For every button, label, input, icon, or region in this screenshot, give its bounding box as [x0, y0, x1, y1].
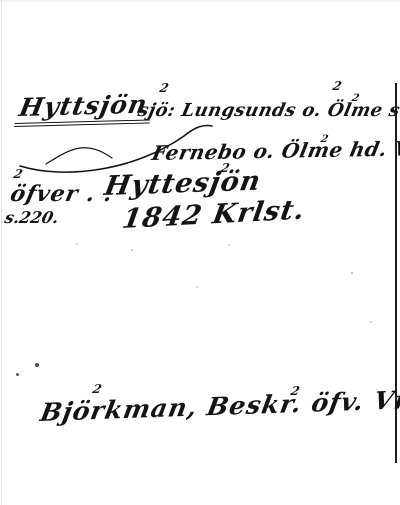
- accent-mark: 2: [91, 382, 103, 396]
- scan-speckle: [16, 373, 19, 376]
- scan-speckle: [196, 286, 198, 288]
- archive-card-scan: Hyttsjön sjö: Lungsunds o. Ölme s:nar: F…: [0, 0, 400, 505]
- scan-speckle: [228, 244, 230, 246]
- year-and-source: 1842 Krlst.: [120, 195, 307, 235]
- page-reference: s.220.: [3, 208, 61, 227]
- scan-speckle: [35, 363, 39, 367]
- accent-mark: 2: [331, 79, 343, 93]
- scan-left-edge: [1, 0, 2, 505]
- scan-top-edge: [0, 0, 400, 2]
- scan-speckle: [131, 249, 133, 251]
- ink-flourish: [16, 118, 216, 173]
- scan-speckle: [351, 272, 353, 274]
- accent-mark: 2: [158, 81, 170, 95]
- scan-speckle: [370, 321, 372, 323]
- entry-line-3-prefix: öfver . .: [8, 181, 116, 207]
- scan-speckle: [76, 243, 78, 245]
